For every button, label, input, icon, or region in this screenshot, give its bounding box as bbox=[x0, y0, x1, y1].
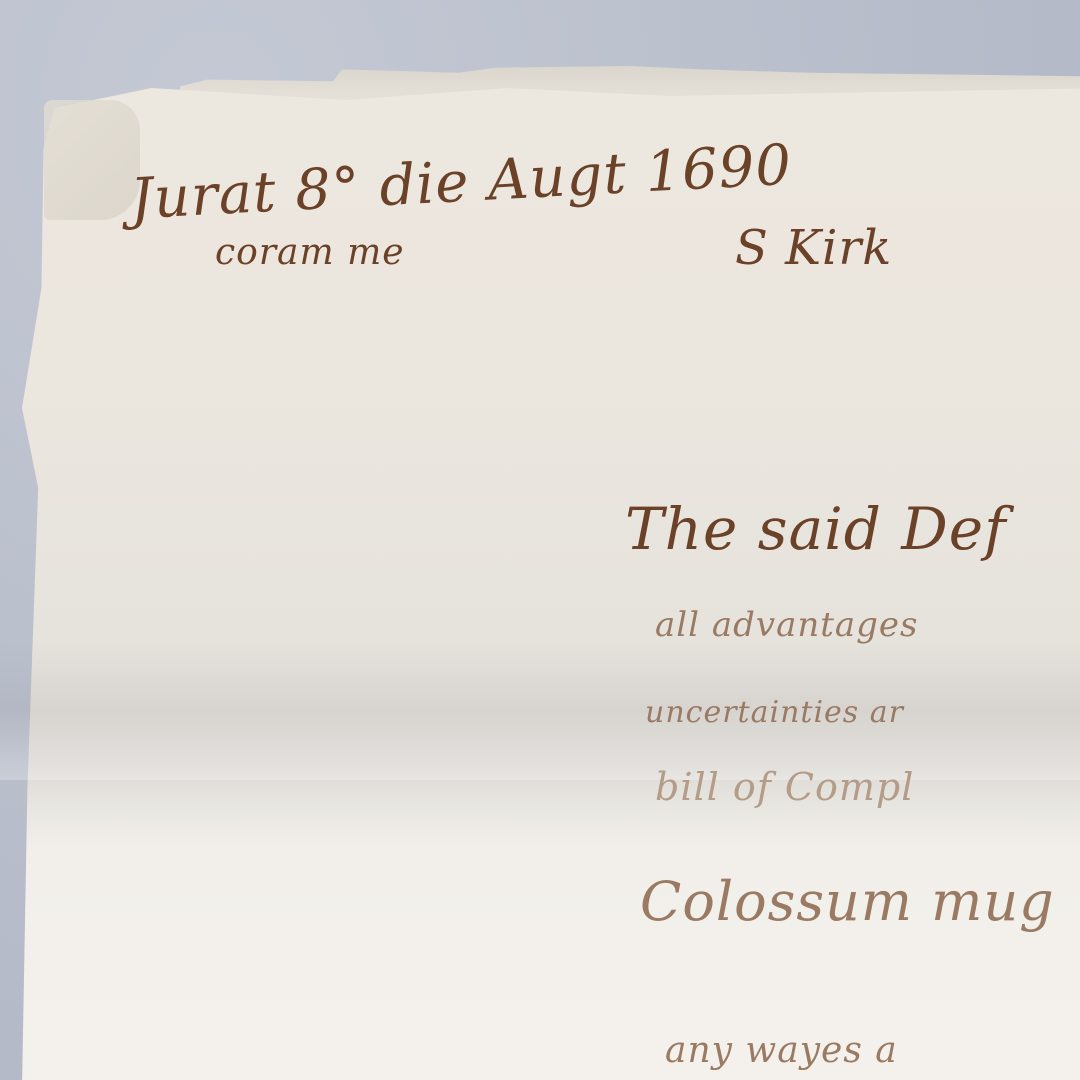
body-line: any wayes a bbox=[665, 1030, 898, 1071]
body-line: bill of Compl bbox=[655, 765, 914, 809]
body-line: uncertainties ar bbox=[645, 695, 904, 730]
folded-corner bbox=[44, 100, 140, 220]
paper-crease bbox=[0, 640, 1080, 780]
signature: S Kirk bbox=[735, 220, 892, 276]
annotation-coram-line: coram me bbox=[215, 232, 405, 273]
body-line: The said Def bbox=[625, 495, 1007, 563]
body-line: all advantages bbox=[655, 605, 919, 645]
body-line: Colossum mug bbox=[640, 870, 1055, 933]
